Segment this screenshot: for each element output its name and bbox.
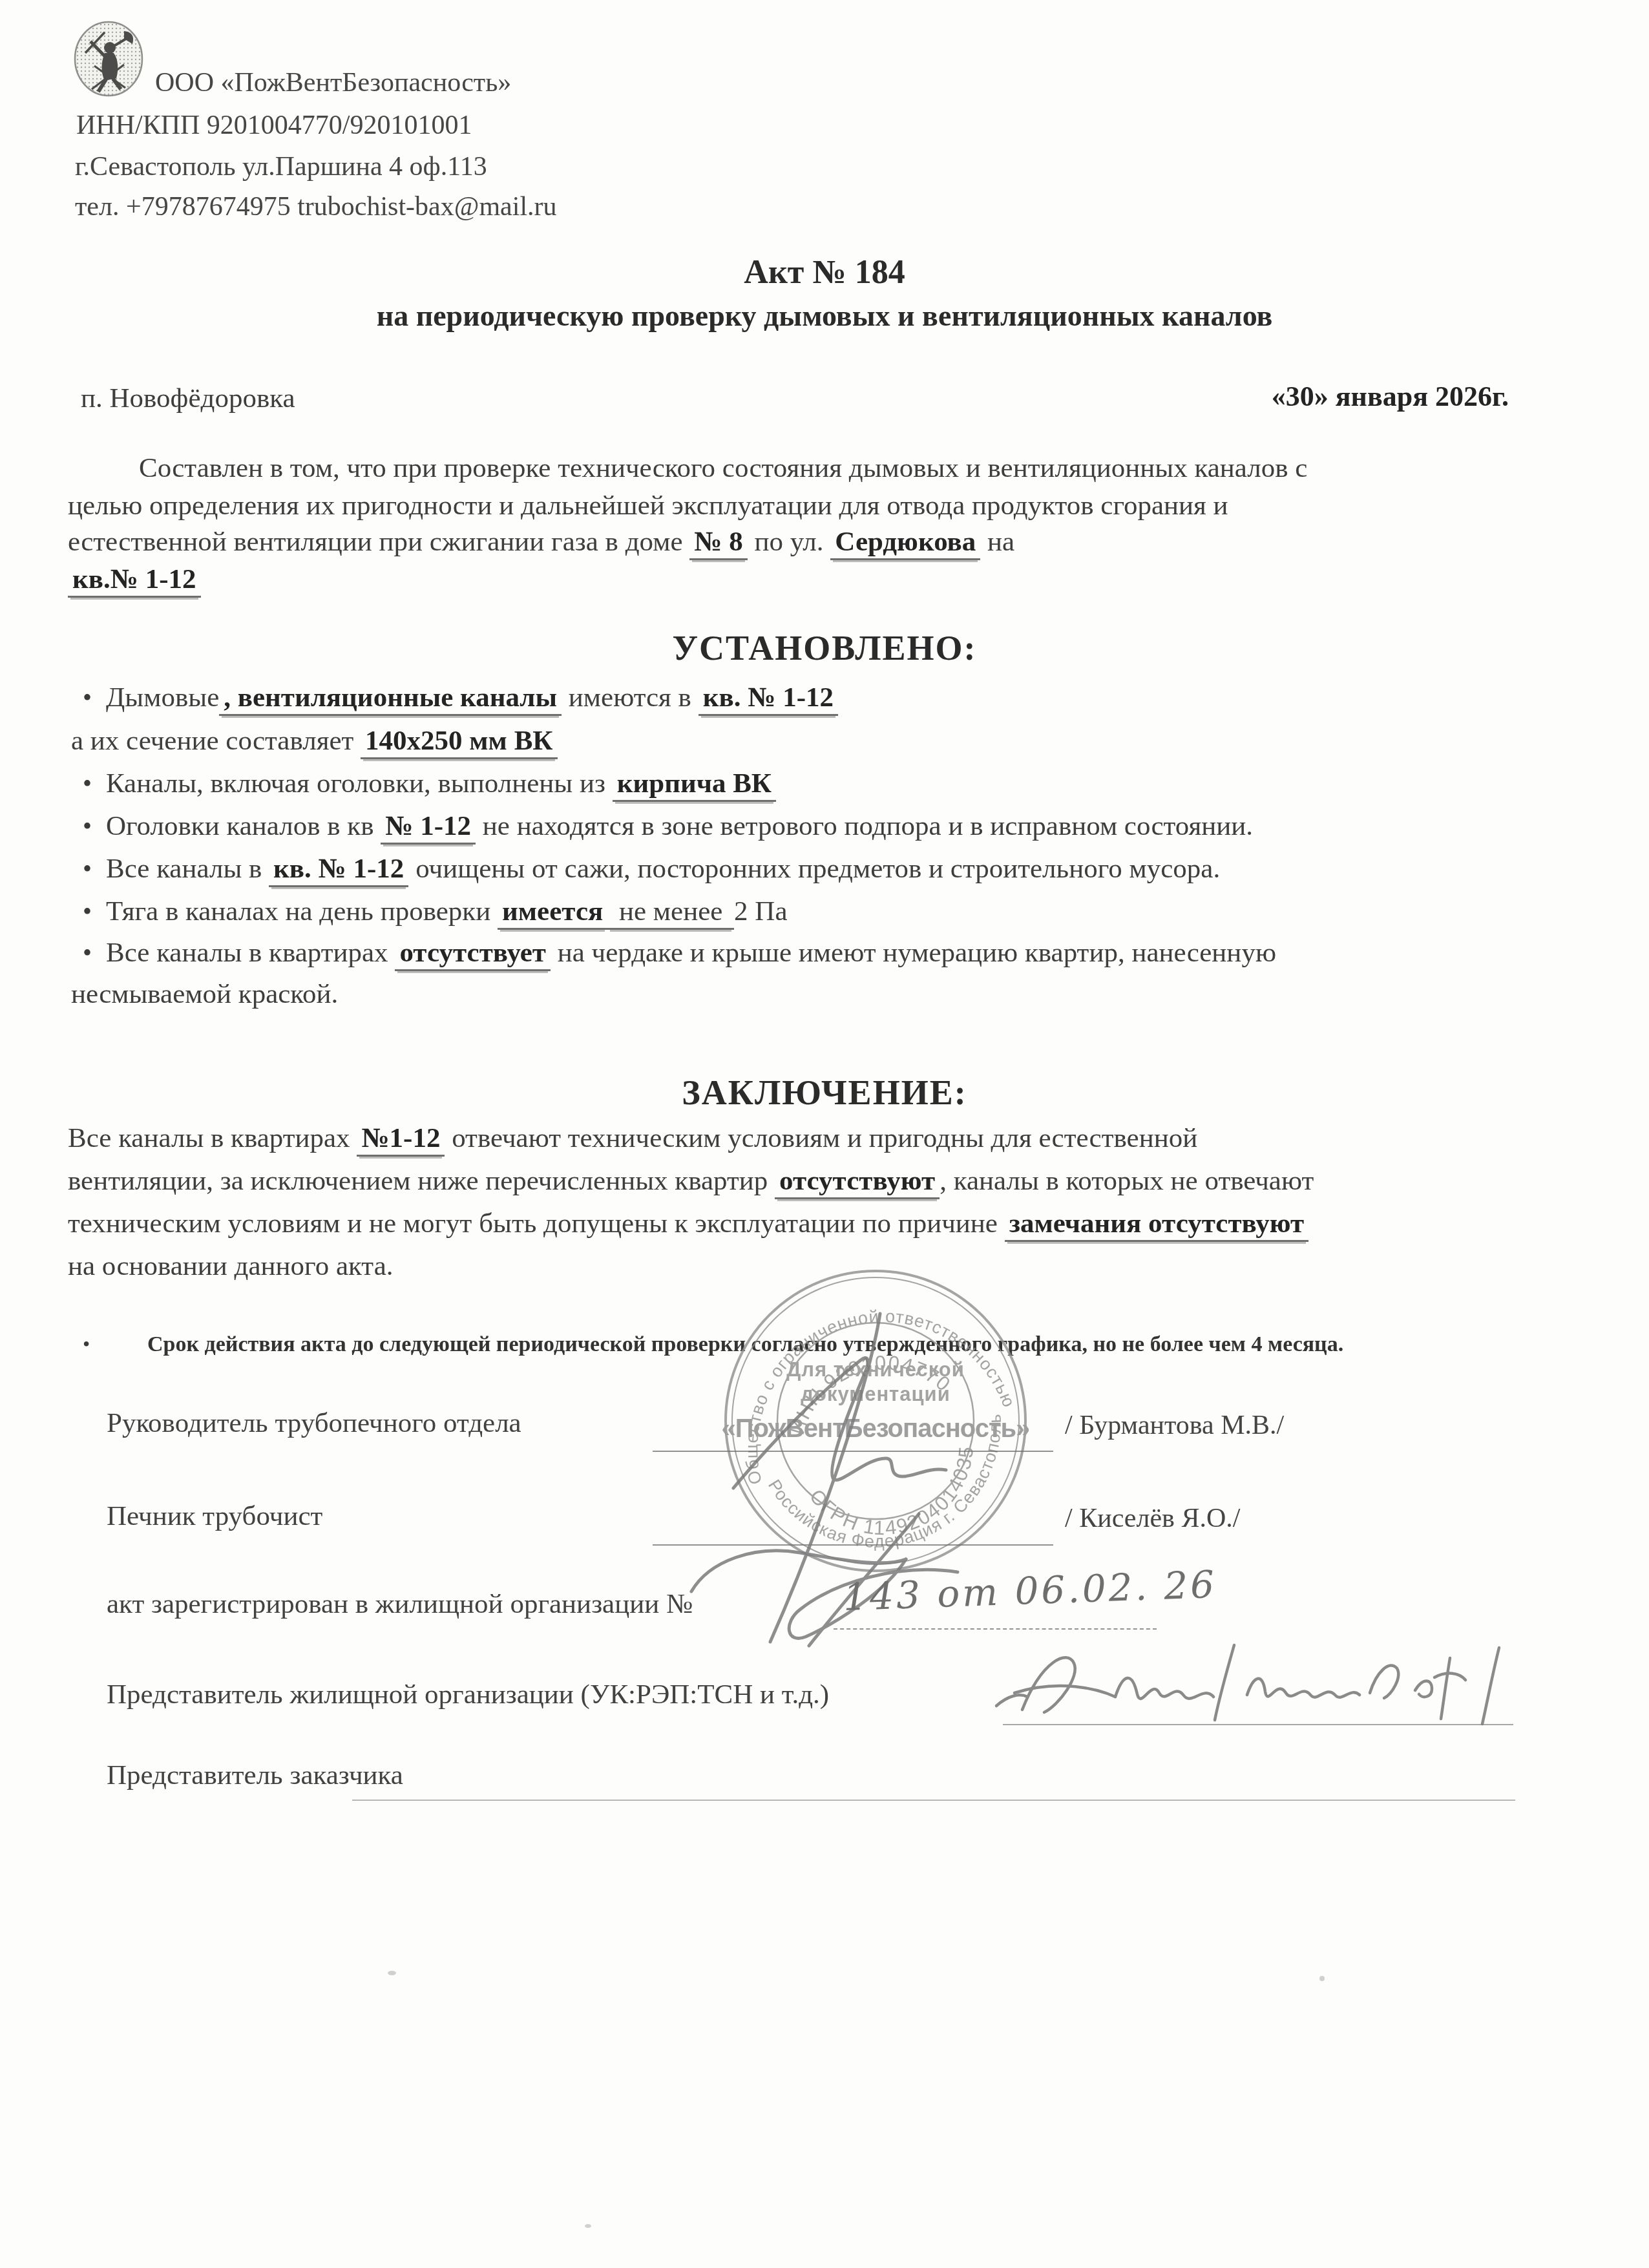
date-label: «30» января 2026г.	[1272, 380, 1509, 413]
customer-rep-line	[352, 1800, 1515, 1801]
established-item: •Каналы, включая оголовки, выполнены из …	[83, 768, 776, 799]
intro-line: Составлен в том, что при проверке технич…	[139, 452, 1307, 484]
company-inn-kpp: ИНН/КПП 9201004770/920101001	[76, 110, 472, 141]
housing-rep-label: Представитель жилищной организации (УК:Р…	[107, 1679, 829, 1710]
bullet-icon: •	[83, 1332, 147, 1356]
established-heading: УСТАНОВЛЕНО:	[0, 628, 1649, 668]
registration-label: акт зарегистрирован в жилищной организац…	[107, 1588, 693, 1620]
intro-line: кв.№ 1-12	[68, 563, 201, 595]
established-item: •Оголовки каналов в кв № 1-12 не находят…	[83, 810, 1253, 842]
company-name: ООО «ПожВентБезопасность»	[155, 67, 511, 98]
signatory-name: / Киселёв Я.О./	[1065, 1503, 1240, 1534]
conclusion-line: Все каналы в квартирах №1-12 отвечают те…	[68, 1122, 1197, 1154]
act-subtitle: на периодическую проверку дымовых и вент…	[0, 299, 1649, 333]
intro-line: естественной вентиляции при сжигании газ…	[68, 526, 1014, 558]
bullet-icon: •	[83, 768, 106, 799]
bullet-icon: •	[83, 938, 106, 968]
conclusion-line: техническим условиям и не могут быть доп…	[68, 1208, 1308, 1239]
handwritten-signature	[989, 1633, 1531, 1737]
scan-speck	[1319, 1976, 1325, 1981]
established-item: •Все каналы в квартирах отсутствует на ч…	[83, 937, 1276, 969]
established-item: а их сечение составляет 140х250 мм ВК	[71, 725, 558, 757]
chimney-sweep-emblem-icon	[72, 19, 145, 98]
bullet-icon: •	[83, 682, 106, 713]
bullet-icon: •	[83, 854, 106, 884]
established-item: несмываемой краской.	[71, 978, 338, 1010]
conclusion-heading: ЗАКЛЮЧЕНИЕ:	[0, 1073, 1649, 1113]
established-item: •Все каналы в кв. № 1-12 очищены от сажи…	[83, 853, 1220, 885]
established-item: •Дымовые, вентиляционные каналы имеются …	[83, 682, 838, 713]
place-label: п. Новофёдоровка	[81, 383, 295, 414]
signatory-name: / Бурмантова М.В./	[1065, 1410, 1284, 1441]
conclusion-line: вентиляции, за исключением ниже перечисл…	[68, 1165, 1314, 1197]
company-contact: тел. +79787674975 trubochist-bax@mail.ru	[75, 191, 557, 222]
company-address: г.Севастополь ул.Паршина 4 оф.113	[75, 151, 487, 182]
registration-line	[834, 1628, 1157, 1630]
customer-rep-label: Представитель заказчика	[107, 1759, 403, 1791]
established-item: •Тяга в каналах на день проверки имеется…	[83, 896, 787, 927]
intro-line: целью определения их пригодности и дальн…	[68, 490, 1228, 521]
scan-speck	[585, 2224, 591, 2228]
bullet-icon: •	[83, 811, 106, 841]
scanned-act-document: ООО «ПожВентБезопасность» ИНН/КПП 920100…	[0, 0, 1649, 2268]
scan-speck	[388, 1971, 396, 1975]
act-title: Акт № 184	[0, 253, 1649, 291]
bullet-icon: •	[83, 896, 106, 927]
conclusion-line: на основании данного акта.	[68, 1250, 394, 1282]
signature-row-label: Печник трубочист	[107, 1500, 322, 1532]
signature-row-label: Руководитель трубопечного отдела	[107, 1407, 521, 1439]
